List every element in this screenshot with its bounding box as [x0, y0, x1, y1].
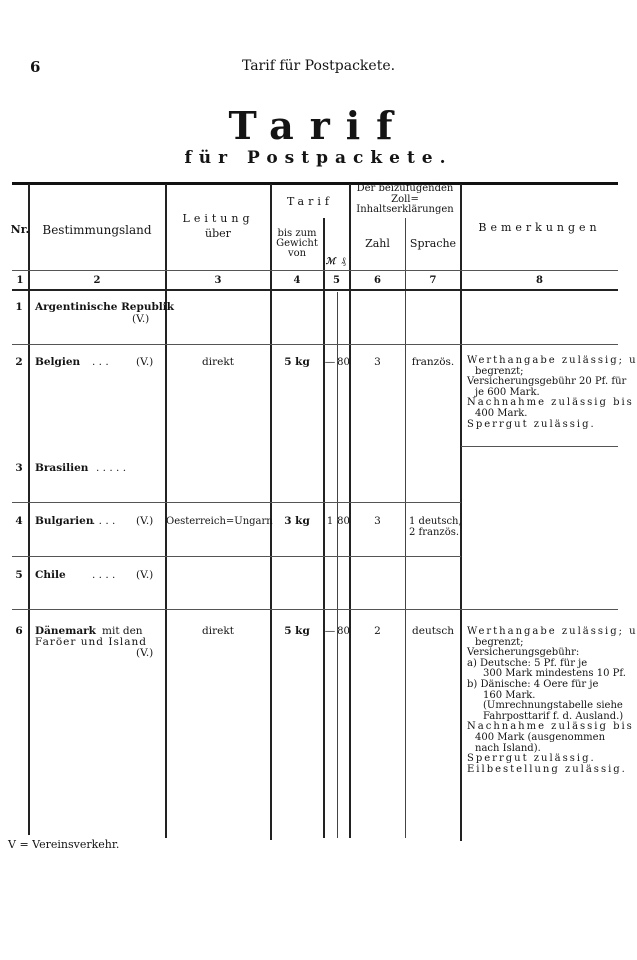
header-weight: bis zum Gewicht von [271, 229, 323, 259]
page-subtitle: für Postpackete. [0, 148, 637, 168]
row-pfennig: 80 [337, 516, 350, 527]
header-remarks: Bemerkungen [461, 222, 618, 234]
row-country: Bulgarien [35, 516, 93, 527]
row-mark: — [323, 626, 337, 637]
row-country-suffix: (V.) [132, 314, 149, 325]
row-nr: 3 [11, 463, 27, 474]
row-mark: — [323, 357, 337, 368]
header-pfennig: ₰ [338, 256, 349, 268]
column-number: 7 [406, 275, 460, 286]
column-number: 8 [461, 275, 618, 286]
header-destination: Bestimmungsland [29, 224, 165, 236]
row-nr: 2 [11, 357, 27, 368]
row-country-suffix: (V.) [136, 648, 153, 659]
row-nr: 1 [11, 302, 27, 313]
col-divider [323, 218, 325, 838]
row-dots: . . . . [92, 516, 115, 527]
column-number: 4 [271, 275, 323, 286]
row-country: Brasilien [35, 463, 88, 474]
table-top-rule [12, 182, 618, 185]
page-title: Tarif [0, 103, 637, 148]
row-language: deutsch [406, 626, 460, 637]
row-route: direkt [166, 626, 270, 637]
column-number: 5 [324, 275, 349, 286]
row-route: Oesterreich=Ungarn [166, 516, 270, 527]
row-weight: 5 kg [271, 626, 323, 637]
row-dots: . . . [92, 357, 109, 368]
row-count: 3 [350, 357, 405, 368]
row-rule [461, 446, 618, 447]
row-country-suffix: (V.) [136, 357, 153, 368]
footnote: V = Vereinsverkehr. [8, 838, 119, 851]
row-nr: 5 [11, 570, 27, 581]
row-rule [12, 609, 461, 610]
row-country: Argentinische Republik [35, 302, 174, 313]
row-language: 1 deutsch, 2 französ. [409, 516, 462, 538]
row-country-line2: Faröer und Island [35, 637, 147, 648]
row-route: direkt [166, 357, 270, 368]
row-country-suffix: (V.) [136, 570, 153, 581]
row-pfennig: 80 [337, 357, 350, 368]
row-remarks: Werthangabe zulässig; un= begrenzt; Vers… [467, 356, 617, 430]
row-rule [12, 344, 461, 345]
row-country-suffix: (V.) [136, 516, 153, 527]
row-country: Chile [35, 570, 66, 581]
header-route: Leitung über [166, 213, 270, 240]
row-rule [12, 556, 461, 557]
row-rule [461, 344, 618, 345]
header-language: Sprache [406, 238, 460, 250]
row-dots: . . . . [92, 570, 115, 581]
row-rule [461, 609, 618, 610]
row-country: Belgien [35, 357, 80, 368]
header-mark: ℳ [324, 256, 337, 268]
column-number: 6 [350, 275, 405, 286]
row-pfennig: 80 [337, 626, 350, 637]
running-head: Tarif für Postpackete. [0, 58, 637, 74]
row-language: französ. [406, 357, 460, 368]
header-bottom-rule [12, 289, 618, 291]
row-weight: 5 kg [271, 357, 323, 368]
column-number: 2 [29, 275, 165, 286]
row-remarks: Werthangabe zulässig; un= begrenzt; Vers… [467, 627, 617, 775]
header-tariff: Tarif [271, 196, 349, 208]
row-mark: 1 [323, 516, 337, 527]
header-count: Zahl [350, 238, 405, 250]
col-divider-thin [405, 218, 406, 838]
row-rule [12, 502, 461, 503]
row-count: 2 [350, 626, 405, 637]
row-count: 3 [350, 516, 405, 527]
row-nr: 6 [11, 626, 27, 637]
row-weight: 3 kg [271, 516, 323, 527]
row-nr: 4 [11, 516, 27, 527]
header-customs: Der beizufügenden Zoll= Inhaltserklärung… [350, 184, 460, 216]
col-divider-thin [337, 292, 338, 838]
header-rule [12, 270, 618, 271]
row-dots: . . . . . [96, 463, 126, 474]
column-number: 3 [166, 275, 270, 286]
